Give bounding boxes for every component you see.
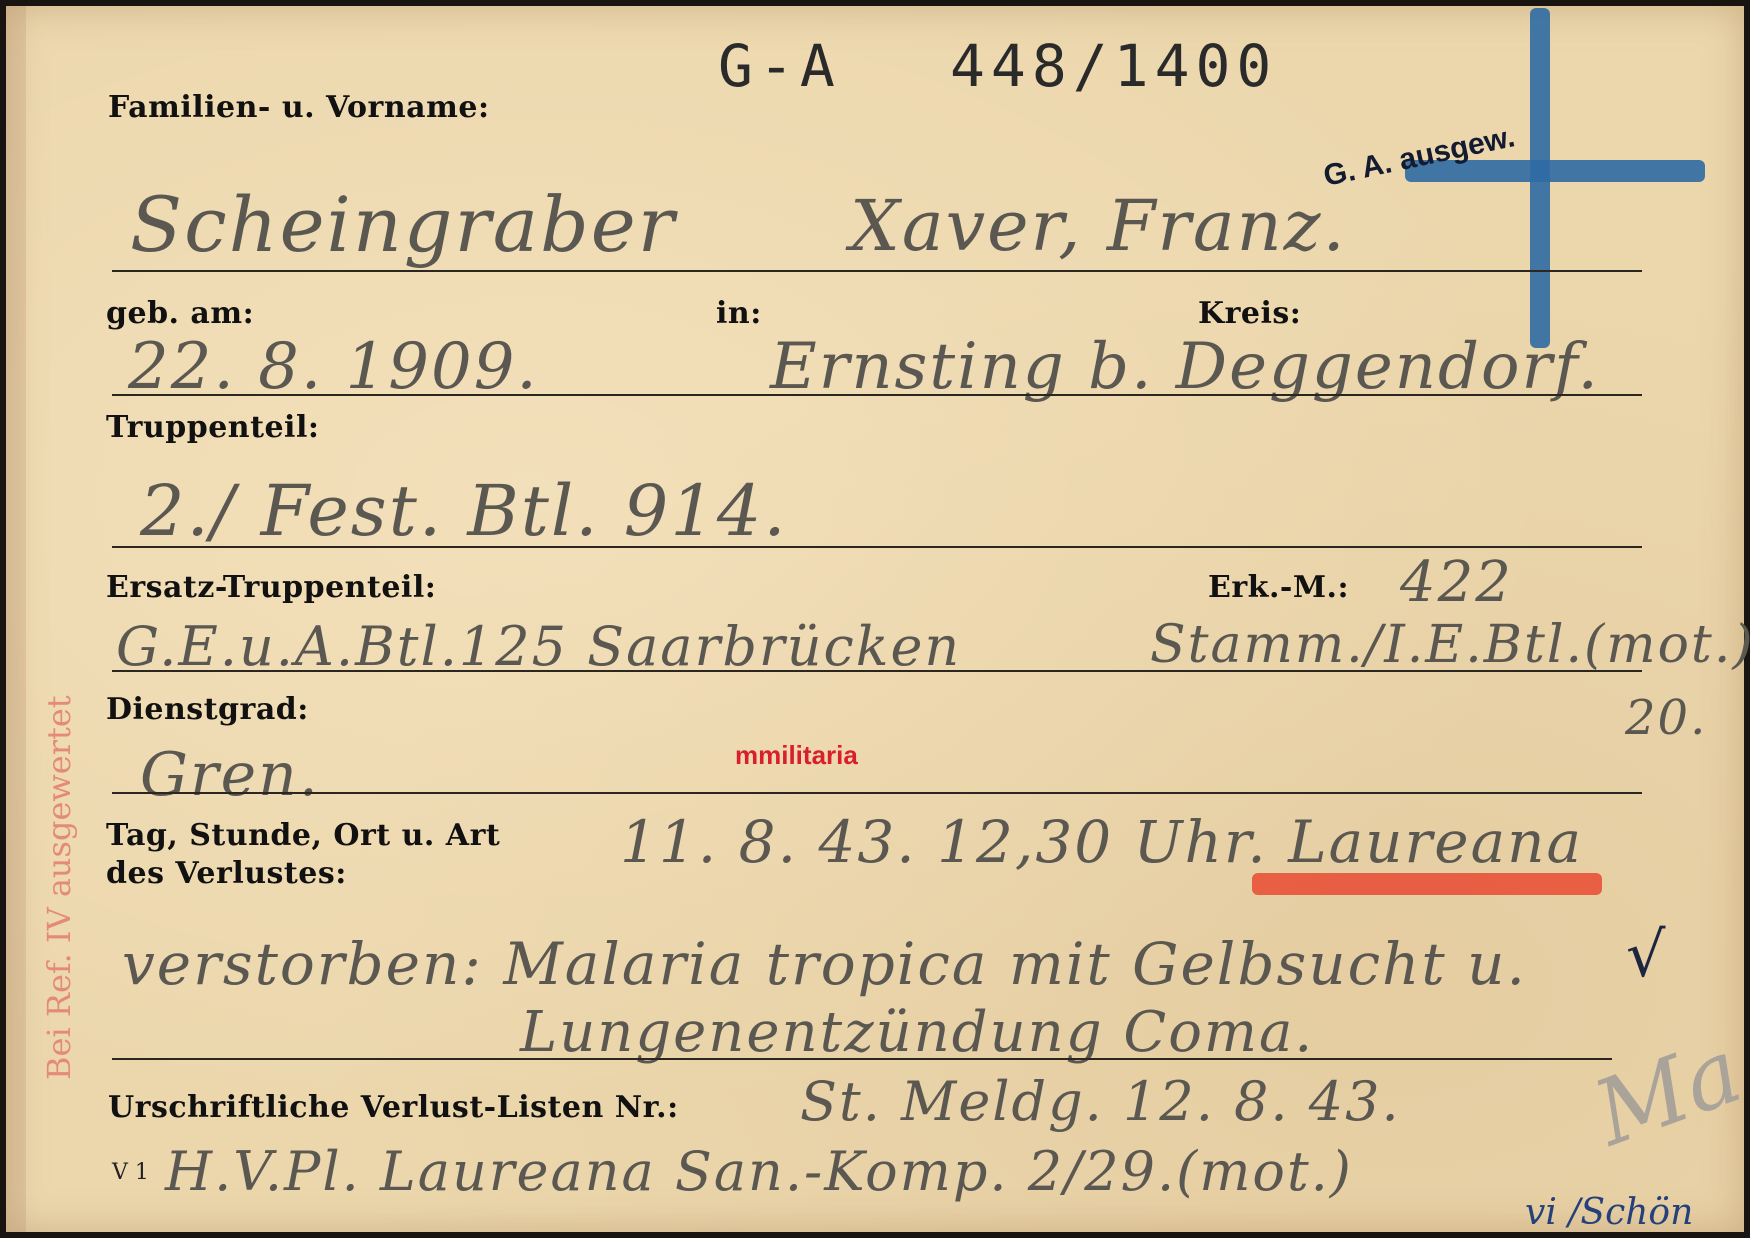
red-underline-mark [1252, 873, 1602, 895]
check-mark-icon: √ [1626, 918, 1666, 991]
id-mark-value: 422 [1400, 550, 1513, 615]
form-code: V 1 [112, 1160, 149, 1185]
loss-list-label: Urschriftliche Verlust-Listen Nr.: [108, 1090, 679, 1125]
loss-value: 11. 8. 43. 12,30 Uhr. Laureana [620, 808, 1583, 876]
birth-place-value: Ernsting b. Deggendorf. [770, 330, 1600, 404]
loss-label-line1: Tag, Stunde, Ort u. Art [106, 818, 500, 854]
replacement-unit-value: G.E.u.A.Btl.125 Saarbrücken [116, 615, 961, 678]
loss-rule [112, 1058, 1612, 1060]
unit-rule [112, 546, 1642, 548]
loss-list-value-line1: St. Meldg. 12. 8. 43. [800, 1070, 1401, 1133]
side-evaluation-stamp: Bei Ref. IV ausgewertet [40, 695, 78, 1080]
replacement-unit-rule [112, 670, 1642, 672]
given-names-value: Xaver, Franz. [850, 185, 1347, 267]
card-number: 448/1400 [950, 32, 1277, 100]
id-mark-label: Erk.-M.: [1208, 570, 1349, 605]
card-number-prefix: G-A [718, 32, 841, 100]
birth-place-label: in: [716, 296, 762, 331]
replacement-unit-label: Ersatz-Truppenteil: [106, 570, 436, 605]
birth-date-value: 22. 8. 1909. [128, 330, 539, 404]
rank-rule [112, 792, 1642, 794]
loss-list-value-line2: H.V.Pl. Laureana San.-Komp. 2/29.(mot.) [165, 1140, 1353, 1203]
replacement-unit-extra: Stamm./I.E.Btl.(mot.) [1150, 615, 1750, 675]
rank-label: Dienstgrad: [106, 692, 309, 727]
card-edge [6, 6, 26, 1232]
birth-date-label: geb. am: [106, 296, 254, 331]
loss-label-line2: des Verlustes: [106, 856, 347, 892]
loss-cause-line2: Lungenentzündung Coma. [520, 1000, 1314, 1065]
name-rule [112, 270, 1642, 272]
blue-ink-note: vi /Schön [1525, 1192, 1693, 1233]
replacement-unit-extra-2: 20. [1625, 690, 1707, 746]
surname-value: Scheingraber [130, 180, 676, 269]
rank-value: Gren. [140, 740, 320, 810]
unit-label: Truppenteil: [106, 410, 319, 445]
loss-cause-line1: verstorben: Malaria tropica mit Gelbsuch… [122, 930, 1527, 998]
watermark: mmilitaria [735, 740, 858, 771]
name-label: Familien- u. Vorname: [108, 90, 490, 125]
district-label: Kreis: [1198, 296, 1301, 331]
birth-rule [112, 394, 1642, 396]
unit-value: 2./ Fest. Btl. 914. [140, 470, 788, 552]
